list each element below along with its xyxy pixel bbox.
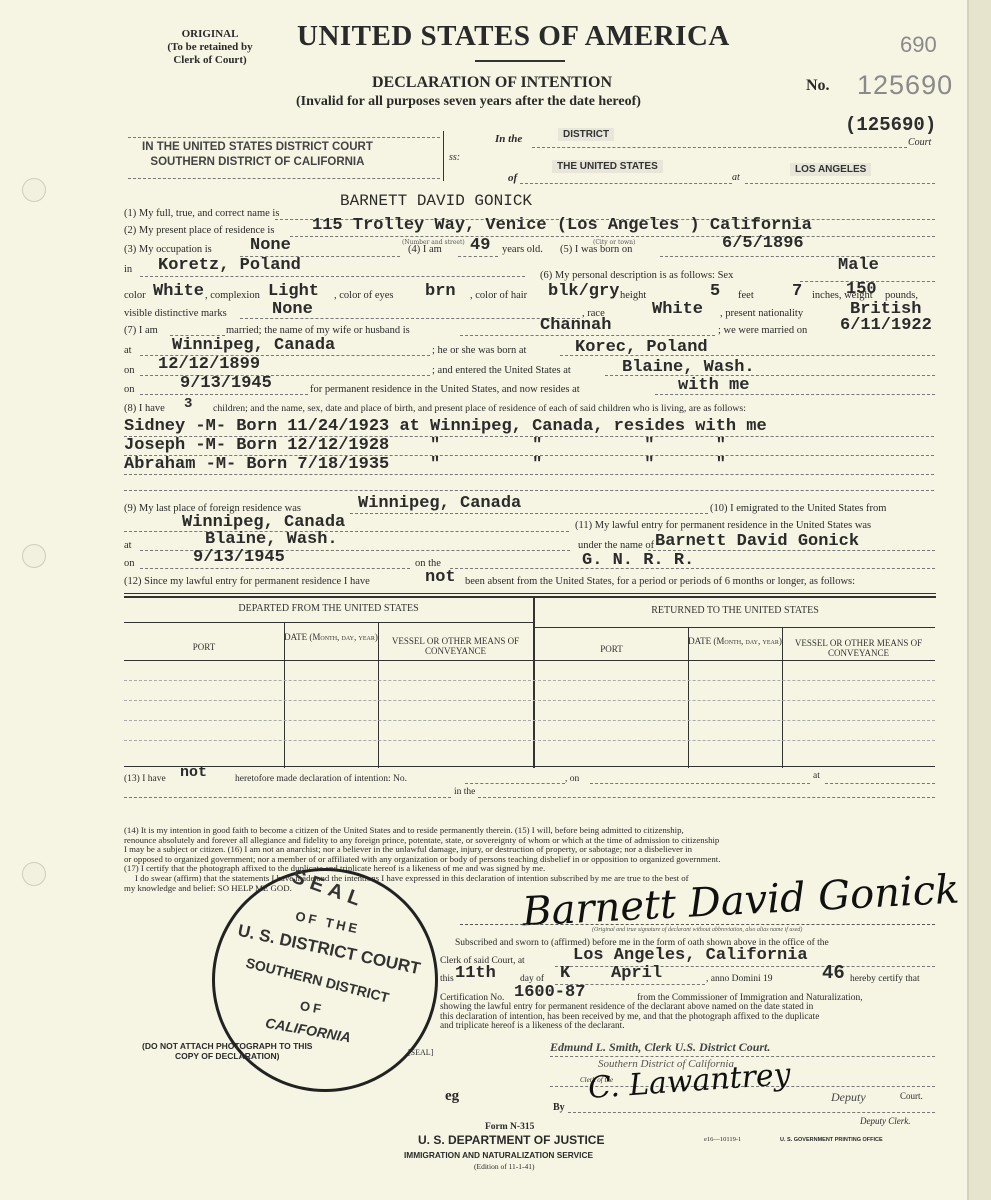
photo-note: (DO NOT ATTACH PHOTOGRAPH TO THIS COPY O… <box>142 1041 312 1061</box>
spouse-birth-date-value: 12/12/1899 <box>158 355 260 374</box>
entry-date-value: 9/13/1945 <box>193 548 285 567</box>
occupation-value: None <box>250 236 291 255</box>
at-stamp: LOS ANGELES <box>790 163 871 176</box>
court-type-stamp: DISTRICT <box>558 128 614 141</box>
spouse-resides-value: with me <box>678 376 749 395</box>
absent-value: not <box>425 568 456 587</box>
child-row: Abraham -M- Born 7/18/1935 " " " " <box>124 455 726 474</box>
height-feet-value: 5 <box>710 282 720 301</box>
child-row: Sidney -M- Born 11/24/1923 at Winnipeg, … <box>124 417 767 436</box>
clerk-name: Edmund L. Smith, Clerk U.S. District Cou… <box>550 1040 770 1055</box>
edition: (Edition of 11-1-41) <box>474 1162 535 1171</box>
form-number: Form N-315 <box>485 1122 534 1132</box>
marriage-place-value: Winnipeg, Canada <box>172 336 335 355</box>
stamped-number: 125690 <box>857 70 953 101</box>
print-code: e16—10119-1 <box>704 1136 741 1143</box>
jurat-day-value: 11th <box>455 964 496 983</box>
entry-name-value: Barnett David Gonick <box>655 532 859 551</box>
last-foreign-residence-value: Winnipeg, Canada <box>358 494 521 513</box>
punch-hole <box>22 544 46 568</box>
color-value: White <box>153 282 204 301</box>
birth-date-value: 6/5/1896 <box>722 234 804 253</box>
children-count-value: 3 <box>184 396 192 412</box>
document-subtitle: DECLARATION OF INTENTION <box>372 74 612 92</box>
child-row: Joseph -M- Born 12/12/1928 " " " " <box>124 436 726 455</box>
entry-place-value: Blaine, Wash. <box>205 530 338 549</box>
jurat-year-value: 46 <box>822 962 845 984</box>
of-stamp: THE UNITED STATES <box>552 160 663 173</box>
document-title: UNITED STATES OF AMERICA <box>297 20 730 53</box>
departed-title: DEPARTED FROM THE UNITED STATES <box>124 603 533 614</box>
q13-value: not <box>180 764 207 781</box>
clerk-initials: eg <box>445 1088 459 1105</box>
eyes-value: brn <box>425 282 456 301</box>
residence-value: 115 Trolley Way, Venice (Los Angeles ) C… <box>312 216 812 235</box>
jurat-month-value: K April <box>560 964 662 983</box>
service: IMMIGRATION AND NATURALIZATION SERVICE <box>404 1150 593 1160</box>
sex-value: Male <box>838 256 879 275</box>
col-port: PORT <box>535 644 688 654</box>
number-label: No. <box>806 77 830 95</box>
page-edge <box>967 0 991 1200</box>
full-name-value: BARNETT DAVID GONICK <box>340 192 532 210</box>
col-vessel: VESSEL OR OTHER MEANS OF CONVEYANCE <box>782 638 935 658</box>
complexion-value: Light <box>268 282 319 301</box>
title-rule <box>475 60 565 62</box>
weight-value: 150 <box>846 280 877 299</box>
col-vessel: VESSEL OR OTHER MEANS OF CONVEYANCE <box>378 636 533 656</box>
race-value: White <box>652 300 703 319</box>
department: U. S. DEPARTMENT OF JUSTICE <box>418 1133 604 1147</box>
birth-place-value: Koretz, Poland <box>158 256 301 275</box>
punch-hole <box>22 862 46 886</box>
col-date: DATE (Month, day, year) <box>284 632 378 642</box>
hair-value: blk/gry <box>548 282 619 301</box>
original-note: ORIGINAL (To be retained by Clerk of Cou… <box>150 28 270 67</box>
corner-number: 690 <box>900 32 937 58</box>
typed-number: (125690) <box>845 114 936 136</box>
printer: U. S. GOVERNMENT PRINTING OFFICE <box>780 1137 883 1143</box>
height-inches-value: 7 <box>792 282 802 301</box>
court-stamp: IN THE UNITED STATES DISTRICT COURT SOUT… <box>142 140 373 170</box>
marks-value: None <box>272 300 313 319</box>
col-date: DATE (Month, day, year) <box>688 636 782 646</box>
declaration-document: ORIGINAL (To be retained by Clerk of Cou… <box>0 0 991 1200</box>
spouse-entry-date-value: 9/13/1945 <box>180 374 272 393</box>
col-port: PORT <box>124 642 284 652</box>
marriage-date-value: 6/11/1922 <box>840 316 932 335</box>
certification-number-value: 1600-87 <box>514 983 585 1002</box>
spouse-name-value: Channah <box>540 316 611 335</box>
jurat-place-value: Los Angeles, California <box>573 946 808 965</box>
punch-hole <box>22 178 46 202</box>
validity-note: (Invalid for all purposes seven years af… <box>296 94 641 110</box>
age-value: 49 <box>470 236 490 255</box>
certification-text: showing the lawful entry for permanent r… <box>440 1003 819 1032</box>
returned-title: RETURNED TO THE UNITED STATES <box>535 605 935 616</box>
